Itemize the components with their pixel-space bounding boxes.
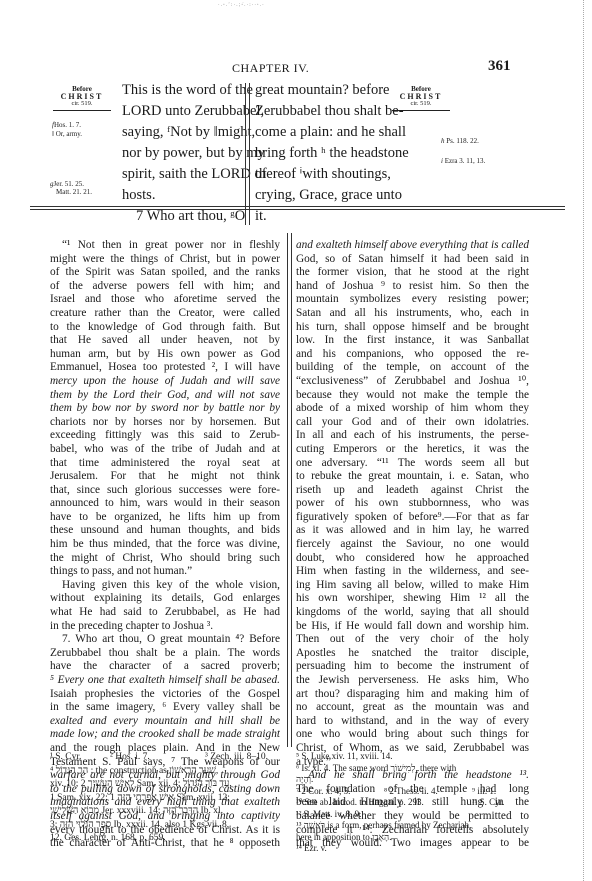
commentary-line: call your God and of their own idolatrie… — [296, 416, 529, 430]
commentary-line: fiercely against the Saviour, no one wou… — [296, 538, 529, 552]
commentary-line: figuratively spoken of before⁹.—For that… — [296, 511, 529, 525]
commentary-line: ing Him saving all below, willed to make… — [296, 579, 529, 593]
commentary-line: Satan and all his instruments, who, each… — [296, 307, 529, 321]
commentary-line: no account, great as the mountain was an… — [296, 701, 529, 715]
verse-column-divider — [245, 83, 250, 225]
date-year: cir. 519. — [53, 101, 111, 111]
commentary-line: In all and each of his instruments, the … — [296, 429, 529, 443]
commentary-line: ⁵ Every one that exalteth himself shall … — [50, 674, 280, 688]
commentary-line: creature rather than the Creator, were c… — [50, 307, 280, 321]
footnote-line: ¹³ רֹאשָׁה is a form, perhaps framed by … — [296, 820, 536, 832]
ref-mark: i — [441, 157, 443, 165]
book-page: ·.ꞏ.ʾ:·.;ꞏ̇.·:··ꞏ.· CHAPTER IV. 361 Befo… — [0, 0, 592, 881]
commentary-line: 7. Who art thou, O great mountain ⁴? Bef… — [50, 633, 280, 647]
commentary-line: him be thus minded, that the force was d… — [50, 538, 280, 552]
commentary-line: kingdoms of the world, saying that all s… — [296, 606, 529, 620]
footnote: ¹⁰ See ab. Introd. to Haggai. p. 293. — [296, 797, 472, 809]
commentary-line: “exclusiveness” of Zerubbabel and Joshua… — [296, 375, 529, 389]
footnote-line: ¹⁴ Ezr. v. — [296, 843, 536, 855]
footnote: ¹ S. Cyr. — [50, 751, 110, 765]
commentary-line: low. In the first instance, it was Sanba… — [296, 334, 529, 348]
commentary-line: persuading him to become the instrument … — [296, 660, 529, 674]
footnote-line: 12. Ges. Lehrg. n. 168. p. 659. — [50, 832, 285, 846]
scan-noise: ·.ꞏ.ʾ:·.;ꞏ̇.·:··ꞏ.· — [218, 2, 314, 8]
commentary-line: hand of Joshua ⁹ to resist him. So then … — [296, 280, 529, 294]
footnotes-right: ⁵ S. Luke xiv. 11, xviii. 14. ⁶ Is. xl. … — [296, 751, 536, 855]
ref-text: Ps. 118. 22. — [446, 137, 479, 145]
commentary-line: exceeding fittingly was this said to Zer… — [50, 429, 280, 443]
footnote-line: מָבוֹא הַשְּׁלִישִׁי Jer. xxxviii. 14; ה… — [50, 805, 285, 819]
footnote: ³ Zech. iii. 8–10. — [205, 752, 268, 762]
ref-text: Ezra 3. 11, 13. — [445, 157, 486, 165]
verse-line: spirit, saith the LORD of — [122, 164, 240, 185]
commentary-line: them by the Lord their God, and will not… — [50, 389, 280, 403]
commentary-line: in the preceding chapter to Joshua ³. — [50, 620, 280, 634]
verse-line: nor by power, but by my — [122, 143, 240, 164]
commentary-line: that time administered the royal seat at — [50, 457, 280, 471]
ref-text: Or, army. — [56, 130, 82, 138]
commentary-line: be His, if He would fall down and worshi… — [296, 620, 529, 634]
commentary-line: to rebuke the great mountain, i. e. Sata… — [296, 470, 529, 484]
commentary-line: might were the things of Christ, but in … — [50, 253, 280, 267]
commentary-line: in the same imagery, ⁶ Every valley shal… — [50, 701, 280, 715]
verse-line: Zerubbabel thou shalt be- — [255, 101, 395, 122]
margin-ref: i Ezra 3. 11, 13. — [441, 157, 485, 165]
commentary-line: made low; and the crooked shall be made … — [50, 728, 280, 742]
section-rule — [30, 206, 565, 210]
commentary-column-divider — [287, 233, 292, 747]
commentary-line: Israel and those who aforetime served th… — [50, 293, 280, 307]
commentary-line: have to be organized, he lifts him up fr… — [50, 511, 280, 525]
commentary-line: “¹ Not then in great power nor in fleshl… — [50, 239, 280, 253]
verse-column-right: great mountain? before Zerubbabel thou s… — [255, 80, 395, 227]
footnote-line: וְהָיָה. — [296, 774, 536, 786]
verse-line: hosts. — [122, 185, 240, 206]
commentary-line: exalted and every mountain and hill shal… — [50, 715, 280, 729]
commentary-line: what He had said to Zerubbabel, as He ha… — [50, 606, 280, 620]
commentary-line: announced to him, wars would in their se… — [50, 497, 280, 511]
margin-ref: h Ps. 118. 22. — [441, 137, 479, 145]
commentary-line: Then out of the very choir of the holy — [296, 633, 529, 647]
commentary-line: of the Spirit was Satan spoiled, and the… — [50, 266, 280, 280]
commentary-line: his own worshiper, shewing Him ¹² all th… — [296, 592, 529, 606]
ref-text: Hos. 1. 7. — [54, 121, 81, 129]
commentary-line: of the adverse powers fell with him; and — [50, 280, 280, 294]
verse-line: crying, Grace, grace unto — [255, 185, 395, 206]
footnote-line: ⁴ הַר הַגָּדוֹל ; the construction as שַ… — [50, 765, 285, 779]
margin-ref: gJer. 51. 25. — [50, 180, 84, 188]
footnote-line: ⁶ Is. xl. 4. The same word לְמִישׁוֹר, t… — [296, 763, 536, 775]
commentary-line: to the knowledge of God through faith. B… — [50, 321, 280, 335]
verse-line: thereof ⁱwith shoutings, — [255, 164, 395, 185]
commentary-line: these unsound and human thoughts, and bi… — [50, 524, 280, 538]
footnote: ⁹ iii. 1. — [472, 786, 496, 796]
commentary-line: that, since such glorious successes were… — [50, 484, 280, 498]
commentary-line: have the character of a sacred proverb; — [50, 660, 280, 674]
commentary-line: mountain symbolizes every resisting powe… — [296, 293, 529, 307]
commentary-line: human arm, but by His own power as God — [50, 348, 280, 362]
ref-mark: ‖ — [52, 130, 54, 138]
commentary-line: Having given this key of the whole visio… — [50, 579, 280, 593]
commentary-line: Apostles he snatched the traitor discipl… — [296, 647, 529, 661]
margin-ref: Matt. 21. 21. — [56, 188, 92, 196]
commentary-line: power of his own stubbornness, who was — [296, 497, 529, 511]
commentary-line: that He saved all under heaven, not by — [50, 334, 280, 348]
commentary-line: and his companions, who opposed the re- — [296, 348, 529, 362]
footnote: ¹¹ S. Cyr. — [472, 797, 504, 807]
commentary-line: things to pass, and not human.” — [50, 565, 280, 579]
commentary-line: Him when fasting in the wilderness, and … — [296, 565, 529, 579]
verse-line: great mountain? before — [255, 80, 395, 101]
footnote: ⁷ 2 Cor. x. 4, 5. — [296, 786, 384, 798]
footnote: ² Hos. i. 7. — [110, 751, 205, 765]
footnote: ⁸ 2 Thess. ii. 4. — [384, 786, 472, 798]
footnote-line: 3; סֵפֶר הַגָּלוּי הַזֶּה Ib. xxxii. 14.… — [50, 819, 285, 833]
commentary-line: Jerusalem. For that he might not think — [50, 470, 280, 484]
commentary-line: Emmanuel, Hosea too protested ², I will … — [50, 361, 280, 375]
commentary-line: chariots nor by horses nor by horsemen. … — [50, 416, 280, 430]
commentary-line: God, so of Satan himself it had been sai… — [296, 253, 529, 267]
commentary-line: babel, who was of the tribe of Judah and… — [50, 443, 280, 457]
verse-line: LORD unto Zerubbabel, — [122, 101, 240, 122]
commentary-line: mercy upon the house of Judah and will s… — [50, 375, 280, 389]
commentary-line: and exalteth himself above everything th… — [296, 239, 529, 253]
commentary-line: the might of Christ, Who should bring su… — [50, 552, 280, 566]
verse-line: saying, ᶠNot by ‖might, — [122, 122, 240, 143]
footnote-line: ⁷ 2 Cor. x. 4, 5.⁸ 2 Thess. ii. 4.⁹ iii.… — [296, 786, 536, 798]
commentary-line: riseth up and leadeth against Christ the — [296, 484, 529, 498]
commentary-line: Isaiah prophesies the victories of the G… — [50, 688, 280, 702]
footnote-line: here in apposition to הָאֶבֶן. — [296, 832, 536, 844]
ref-mark: h — [441, 137, 445, 145]
running-head: CHAPTER IV. — [232, 61, 309, 76]
footnotes-left: ¹ S. Cyr.² Hos. i. 7.³ Zech. iii. 8–10. … — [50, 751, 285, 846]
commentary-line: one adversary. “¹¹ The words seem all bu… — [296, 457, 529, 471]
commentary-line: without explaining its details, God enla… — [50, 592, 280, 606]
footnote-line: 1 Sam. xix. 22; אִישׁ אֶפְרָתִי הַזֶּה 1… — [50, 792, 285, 806]
verse-line: bring forth ʰ the headstone — [255, 143, 395, 164]
ref-text: Jer. 51. 25. — [54, 180, 85, 188]
commentary-line: Zerubbabel thou shalt be a plain. The wo… — [50, 647, 280, 661]
verse-line: come a plain: and he shall — [255, 122, 395, 143]
commentary-line: them by bow nor by sword nor by battle n… — [50, 402, 280, 416]
margin-ref: ‖ Or, army. — [52, 130, 82, 138]
commentary-line: because they would not make the temple t… — [296, 389, 529, 403]
commentary-line: the Jewish perverseness. He asks him, Wh… — [296, 674, 529, 688]
verse-line: This is the word of the — [122, 80, 240, 101]
footnote-line: ⁵ S. Luke xiv. 11, xviii. 14. — [296, 751, 536, 763]
footnote-line: xiv. 10; לְאִישׁ הֶעָשִׁיר 2 Sam. xii. 4… — [50, 778, 285, 792]
footnote-line: ¹ S. Cyr.² Hos. i. 7.³ Zech. iii. 8–10. — [50, 751, 285, 765]
commentary-line: one who would bring about such things fo… — [296, 728, 529, 742]
footnote-line: ¹⁰ See ab. Introd. to Haggai. p. 293.¹¹ … — [296, 797, 536, 809]
margin-ref: fHos. 1. 7. — [52, 121, 81, 129]
commentary-line: art thou? disparaging him and making him… — [296, 688, 529, 702]
footnote-line: ¹² S. Matt. iv. 8, 9. — [296, 809, 536, 821]
page-edge — [583, 0, 585, 881]
verse-column-left: This is the word of the LORD unto Zerubb… — [122, 80, 240, 227]
commentary-line: the former vision, that he stood at the … — [296, 266, 529, 280]
commentary-line: hard to withstand, and in the way of eve… — [296, 715, 529, 729]
margin-date-left: Before CHRIST cir. 519. — [53, 86, 111, 111]
page-number: 361 — [488, 58, 511, 75]
commentary-line: cuting Emperors or the heretics, it was … — [296, 443, 529, 457]
commentary-line: his turn, shall oppose himself and be br… — [296, 321, 529, 335]
commentary-line: as it was allowed and in him lay, he war… — [296, 524, 529, 538]
commentary-line: abode of a mixed worship of him whom the… — [296, 402, 529, 416]
commentary-line: doubt, who considered how he approached — [296, 552, 529, 566]
ref-text: Matt. 21. 21. — [56, 188, 92, 196]
commentary-line: building of the temple, on account of th… — [296, 361, 529, 375]
